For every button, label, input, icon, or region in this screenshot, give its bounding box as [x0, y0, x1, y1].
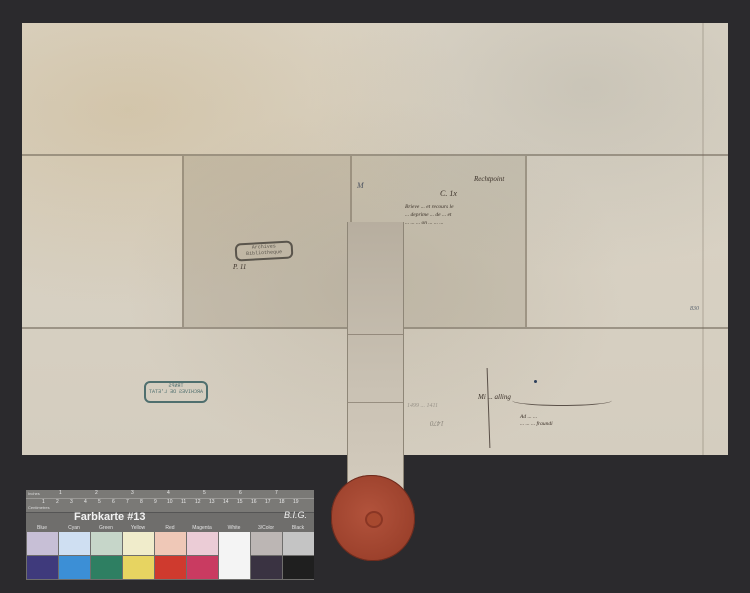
pencil-number: P. 11	[233, 263, 246, 271]
patch-row-dark	[27, 556, 314, 579]
inverted-number: 1470	[430, 419, 444, 427]
seal-tag-strip	[347, 222, 404, 492]
archive-stamp-upper: Archives Bibliotheque	[235, 240, 294, 261]
patch-green-dark	[91, 556, 122, 579]
patch-labels: Blue Cyan Green Yellow Red Magenta White…	[26, 525, 314, 531]
cm-ticks: 1 2 3 4 5 6 7 8 9 10 11 12 13 14 15 16 1…	[26, 499, 314, 507]
fold-vertical-right	[702, 23, 704, 455]
ruler: Inches Centimetres 1 2 3 4 5 6 7 1 2 3 4…	[26, 490, 314, 513]
patch-3color-light	[251, 532, 282, 555]
seal-impression	[365, 511, 383, 528]
tag-fold	[348, 334, 403, 335]
archive-stamp-lower: TRNPS ARCHIVES DE L'ETAT	[144, 381, 208, 403]
signature-lower: Ad ... ... ... ... ... fraundi	[520, 414, 553, 428]
endorsement-text: Brieve ... et recours le ... deprime ...…	[405, 203, 454, 227]
patch-black-light	[283, 532, 314, 555]
chart-title: Farbkarte #13	[74, 511, 146, 523]
patch-yellow-light	[123, 532, 154, 555]
heading-annotation: Rechtpoint	[474, 175, 504, 183]
short-annotation: C. 1x	[440, 189, 457, 198]
signature-stroke	[487, 368, 491, 448]
patch-magenta-dark	[187, 556, 218, 579]
patch-red-dark	[155, 556, 186, 579]
fold-vertical-3	[525, 156, 527, 327]
patch-blue-light	[27, 532, 58, 555]
patch-red-light	[155, 532, 186, 555]
tag-fold	[348, 402, 403, 403]
patch-blue-dark	[27, 556, 58, 579]
wax-seal	[331, 475, 415, 561]
pencil-date-annotation: 1499 ... 1411	[407, 403, 438, 409]
patch-green-light	[91, 532, 122, 555]
patch-cyan-light	[59, 532, 90, 555]
patch-white-spacer	[219, 556, 250, 579]
patch-black-dark	[283, 556, 314, 579]
inch-ticks: 1 2 3 4 5 6 7	[26, 490, 314, 498]
ink-blot	[534, 380, 537, 383]
fold-vertical-1	[182, 156, 184, 327]
small-mark: M	[357, 181, 364, 190]
patch-3color-dark	[251, 556, 282, 579]
color-calibration-chart: Inches Centimetres 1 2 3 4 5 6 7 1 2 3 4…	[26, 490, 314, 580]
margin-number: 830	[690, 306, 699, 312]
patch-yellow-dark	[123, 556, 154, 579]
signature-flourish	[512, 395, 612, 406]
signature-main: Mi ... alling	[478, 393, 511, 401]
patch-cyan-dark	[59, 556, 90, 579]
chart-brand: B.I.G.	[284, 510, 307, 520]
patch-magenta-light	[187, 532, 218, 555]
